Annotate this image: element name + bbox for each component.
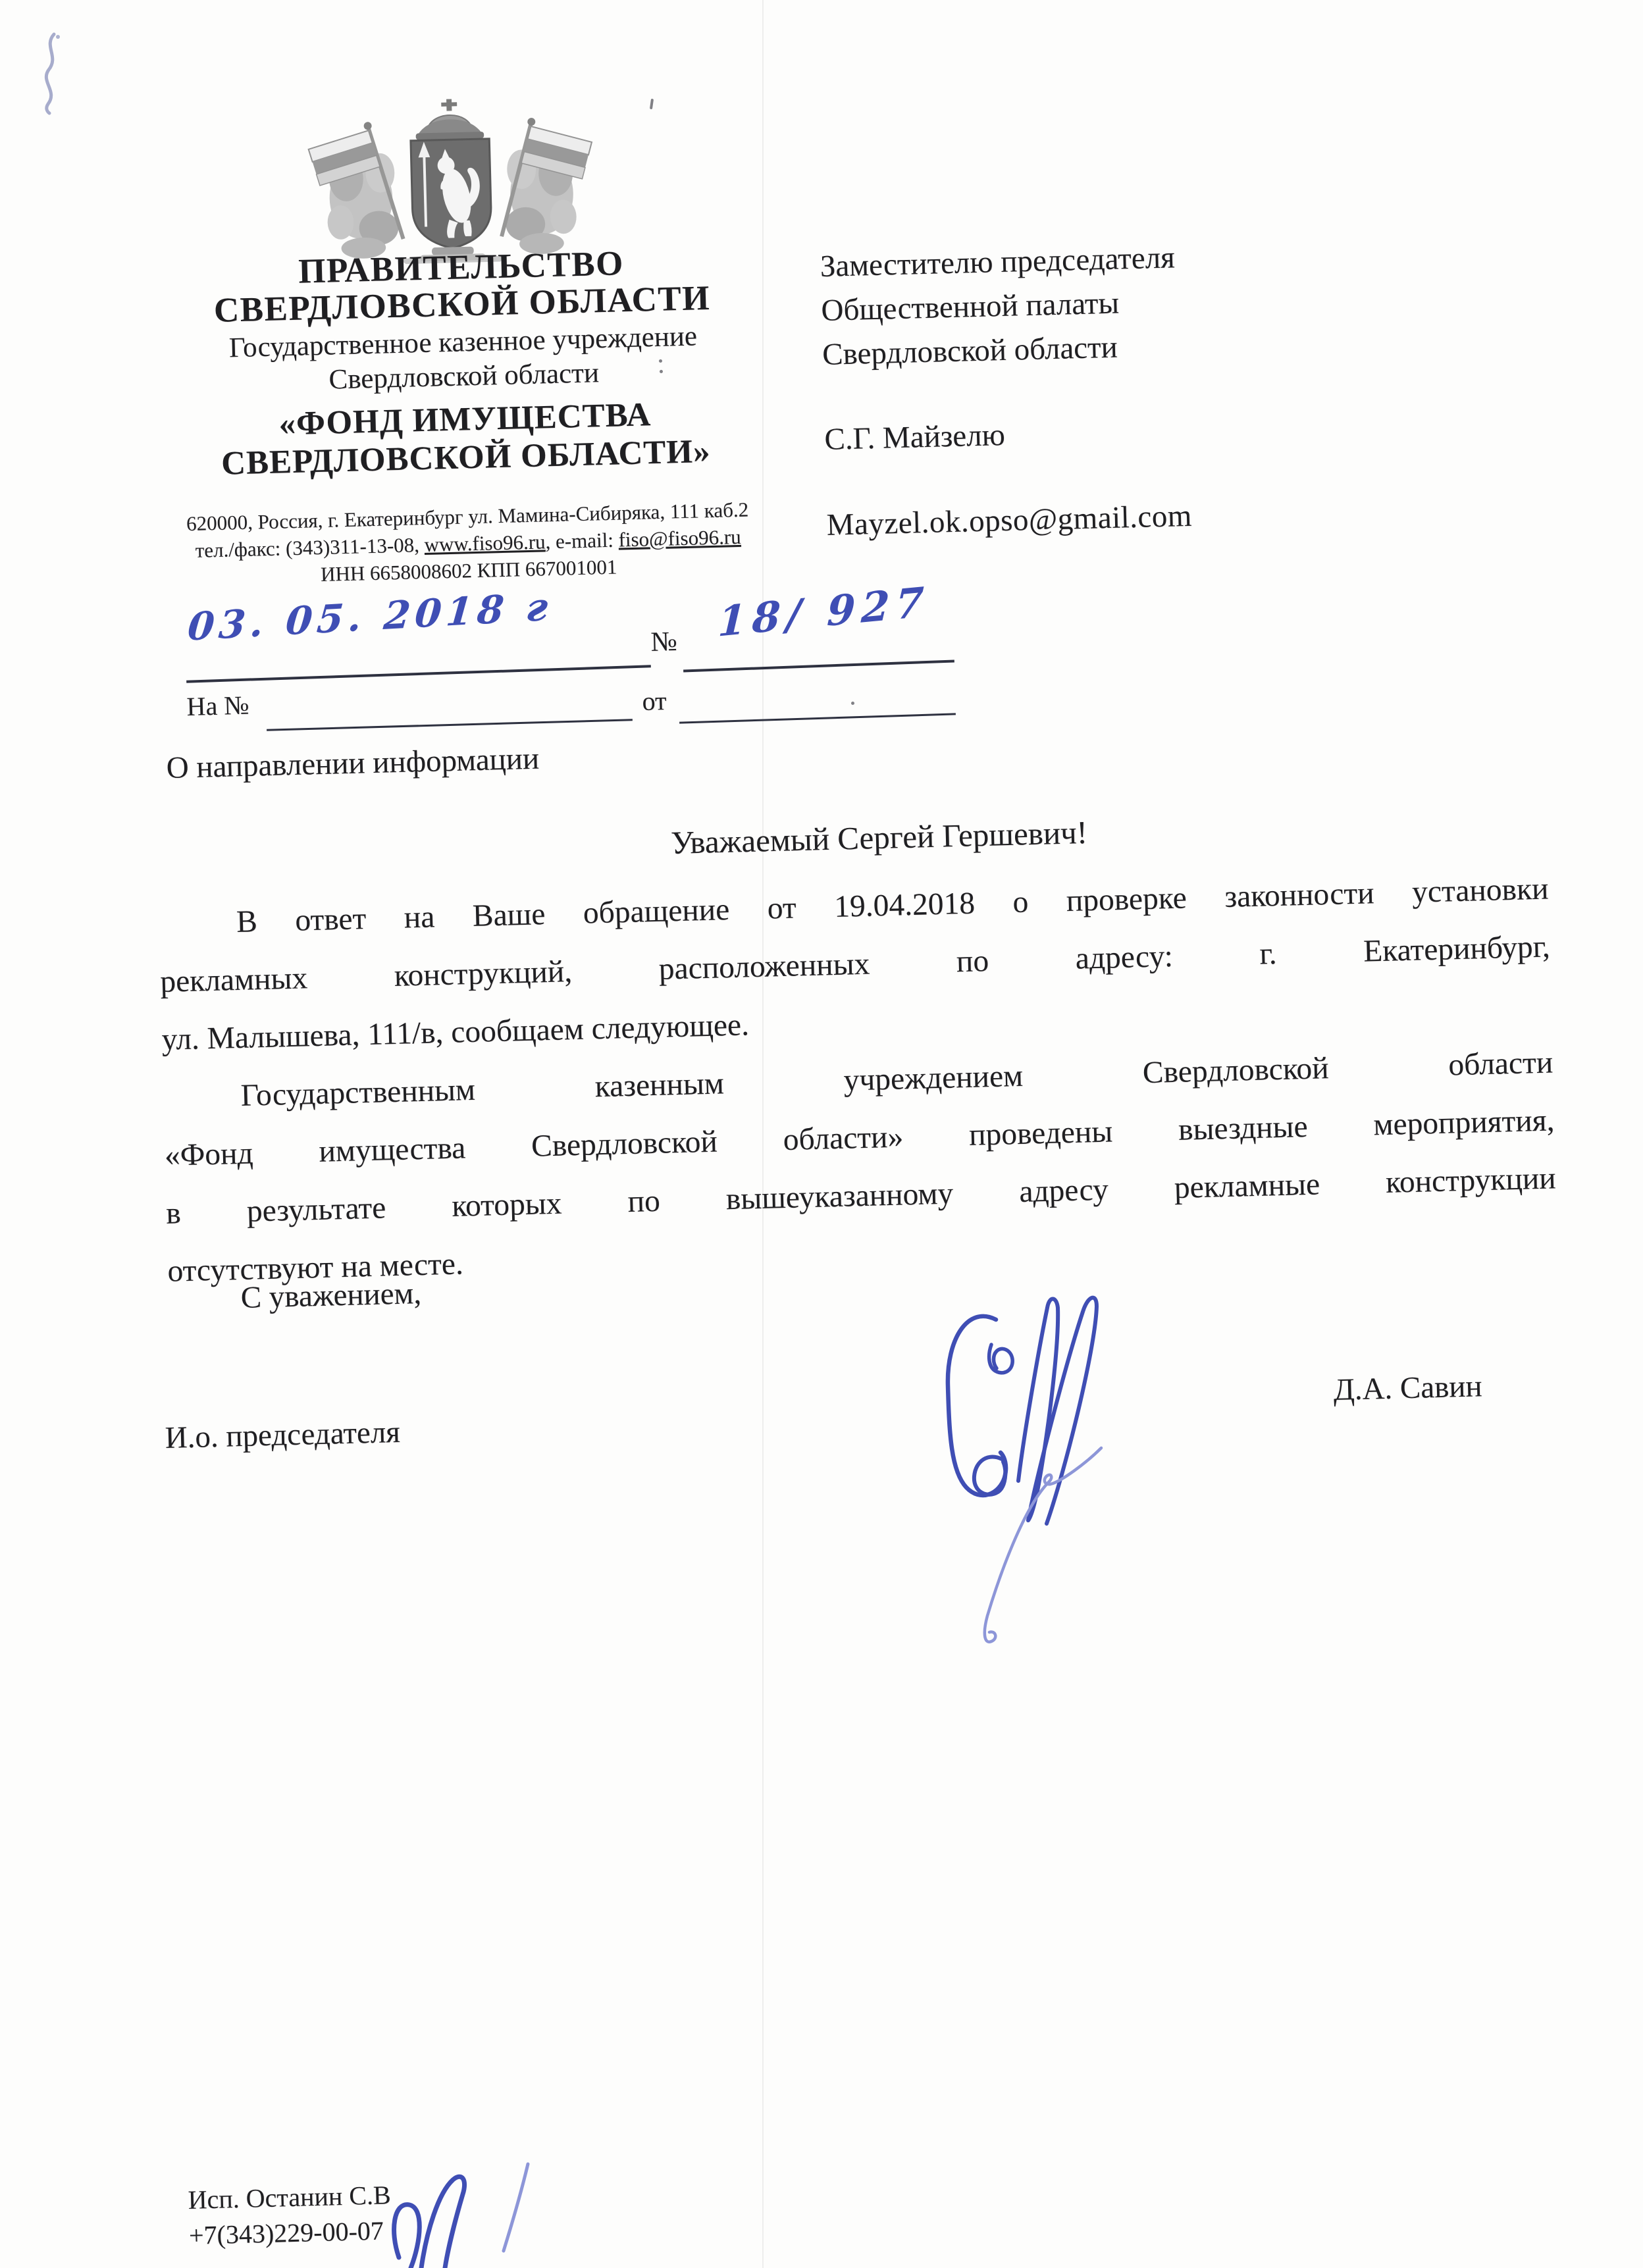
- outgoing-date-handwritten: 03. 05. 2018 г: [186, 584, 554, 649]
- letterhead-website-link: www.fiso96.ru: [424, 530, 546, 556]
- scan-speck: [650, 99, 654, 109]
- letterhead-email-label: , e-mail:: [545, 528, 619, 554]
- reply-ref-underline: [267, 719, 633, 731]
- closing-regards: С уважением,: [240, 1276, 422, 1316]
- recipient-email: Mayzel.ok.opso@gmail.com: [826, 489, 1393, 548]
- scan-speck: [851, 702, 854, 705]
- reply-date-underline: [679, 713, 956, 723]
- reply-ref-label: На №: [186, 690, 249, 722]
- letterhead: ПРАВИТЕЛЬСТВО СВЕРДЛОВСКОЙ ОБЛАСТИ Госуд…: [109, 240, 822, 593]
- executor-signature-scrawl: [355, 2152, 566, 2268]
- recipient-name: С.Г. Майзелю: [824, 403, 1391, 462]
- reply-date-label: от: [642, 685, 667, 717]
- crown: [415, 98, 484, 140]
- scan-smudge: [38, 32, 67, 115]
- letterhead-email-link: fiso@fiso96.ru: [618, 525, 741, 552]
- outgoing-number-label: №: [650, 626, 677, 658]
- outgoing-number-handwritten: 18/ 927: [717, 577, 931, 646]
- date-underline: [186, 665, 651, 683]
- sverdlovsk-coat-of-arms-icon: [318, 93, 584, 267]
- signature-icon: [889, 1287, 1165, 1668]
- salutation: Уважаемый Сергей Гершевич!: [566, 811, 1192, 864]
- letterhead-contacts: 620000, Россия, г. Екатеринбург ул. Мами…: [115, 494, 822, 593]
- number-underline: [683, 659, 954, 672]
- signer-name: Д.А. Савин: [1333, 1368, 1482, 1408]
- subject-line: О направлении информации: [166, 741, 540, 786]
- scanned-letter: ПРАВИТЕЛЬСТВО СВЕРДЛОВСКОЙ ОБЛАСТИ Госуд…: [0, 0, 1643, 2268]
- signer-position: И.о. председателя: [165, 1414, 400, 1456]
- recipient-block: Заместителю председателя Общественной па…: [820, 230, 1393, 548]
- letterhead-phone-fax: тел./факс: (343)311-13-08,: [195, 533, 425, 562]
- letter-body: В ответ на Ваше обращение от 19.04.2018 …: [158, 860, 1558, 1301]
